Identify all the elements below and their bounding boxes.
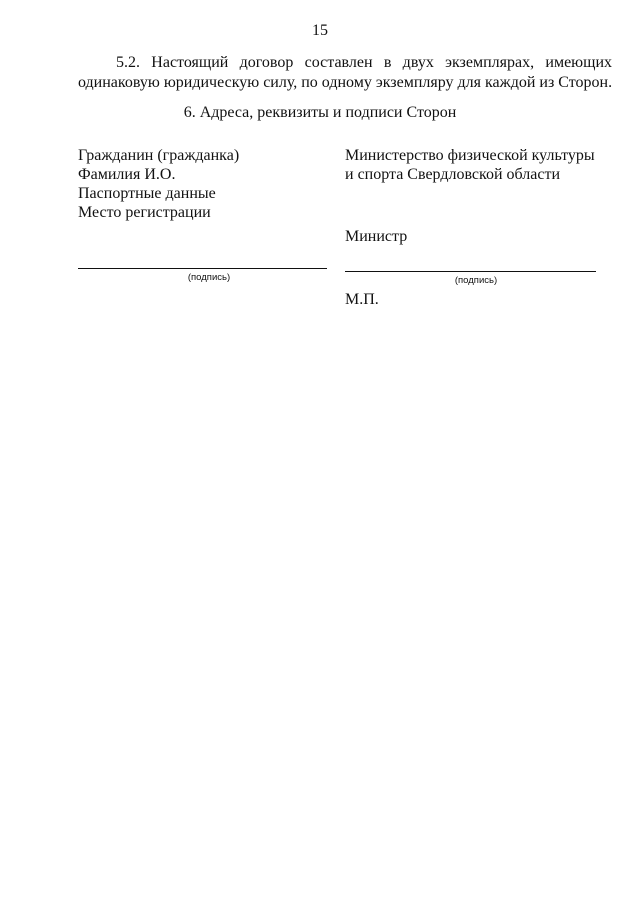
citizen-party-block: Гражданин (гражданка) Фамилия И.О. Паспо…	[78, 146, 239, 222]
ministry-signature-caption: (подпись)	[345, 275, 607, 286]
citizen-name: Фамилия И.О.	[78, 165, 239, 184]
section-6-heading: 6. Адреса, реквизиты и подписи Сторон	[0, 104, 640, 122]
page-number: 15	[0, 22, 640, 40]
clause-text-line1: Настоящий договор составлен в двух экзем…	[151, 54, 612, 71]
clause-5-2: 5.2. Настоящий договор составлен в двух …	[78, 53, 612, 93]
clause-5-2-line2: одинаковую юридическую силу, по одному э…	[78, 73, 612, 93]
seal-mark: М.П.	[345, 290, 379, 309]
citizen-title: Гражданин (гражданка)	[78, 146, 239, 165]
citizen-signature-line	[78, 268, 327, 269]
citizen-registration: Место регистрации	[78, 203, 239, 222]
ministry-signature-line	[345, 271, 596, 272]
citizen-signature-caption: (подпись)	[78, 272, 340, 283]
ministry-position: Министр	[345, 227, 407, 246]
ministry-name-line2: и спорта Свердловской области	[345, 165, 595, 184]
clause-5-2-line1: 5.2. Настоящий договор составлен в двух …	[78, 53, 612, 73]
clause-number: 5.2.	[116, 54, 140, 71]
citizen-passport: Паспортные данные	[78, 184, 239, 203]
ministry-party-block: Министерство физической культуры и спорт…	[345, 146, 595, 184]
ministry-name-line1: Министерство физической культуры	[345, 146, 595, 165]
